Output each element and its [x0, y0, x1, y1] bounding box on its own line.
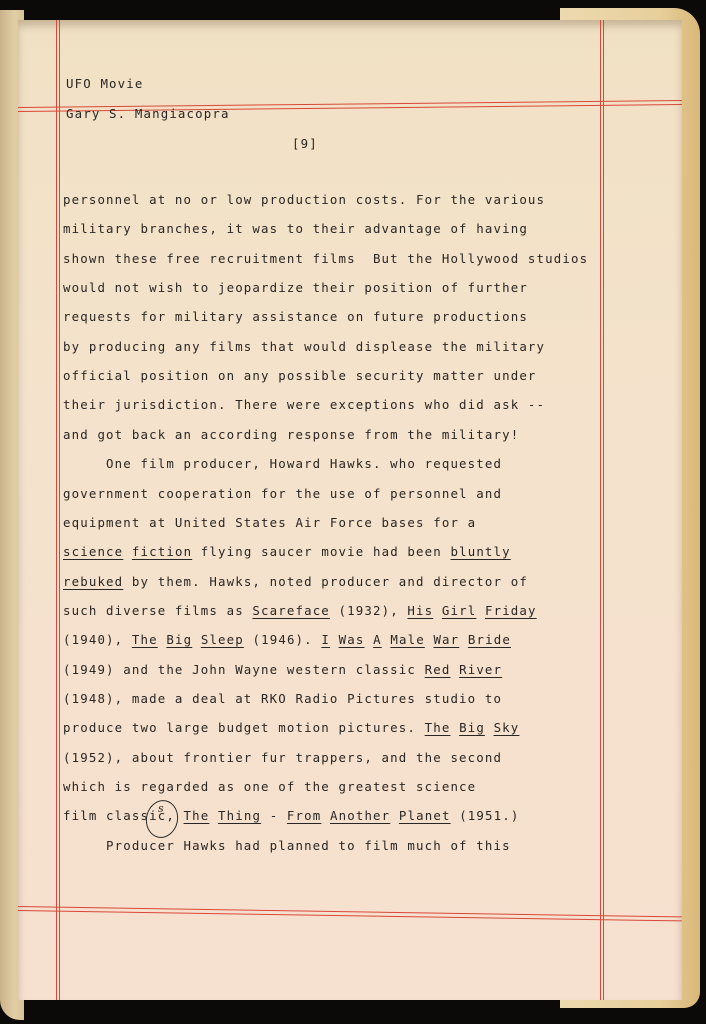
- underlined-title: Girl: [442, 603, 476, 618]
- text-run: requests for military assistance on futu…: [63, 309, 528, 324]
- underlined-title: science: [63, 544, 123, 559]
- body-line: requests for military assistance on futu…: [63, 310, 528, 324]
- underlined-title: A: [373, 632, 382, 647]
- text-run: [192, 632, 201, 647]
- body-line: (1949) and the John Wayne western classi…: [63, 663, 502, 677]
- text-run: -: [261, 808, 287, 823]
- text-run: [450, 720, 459, 735]
- body-line: One film producer, Howard Hawks. who req…: [63, 457, 502, 471]
- text-run: [433, 603, 442, 618]
- text-run: [459, 632, 468, 647]
- body-line: film classic, The Thing - From Another P…: [63, 809, 519, 823]
- text-run: produce two large budget motion pictures…: [63, 720, 425, 735]
- underlined-title: River: [459, 662, 502, 677]
- text-run: [321, 808, 330, 823]
- text-run: flying saucer movie had been: [192, 544, 450, 559]
- text-run: government cooperation for the use of pe…: [63, 486, 502, 501]
- body-line: would not wish to jeopardize their posit…: [63, 281, 528, 295]
- text-run: shown these free recruitment films But t…: [63, 251, 588, 266]
- underlined-title: fiction: [132, 544, 192, 559]
- underlined-title: Friday: [485, 603, 537, 618]
- text-run: military branches, it was to their advan…: [63, 221, 528, 236]
- text-run: (1951.): [451, 808, 520, 823]
- text-run: official position on any possible securi…: [63, 368, 537, 383]
- underlined-title: Scareface: [252, 603, 330, 618]
- text-run: their jurisdiction. There were exception…: [63, 397, 545, 412]
- body-line: (1940), The Big Sleep (1946). I Was A Ma…: [63, 633, 511, 647]
- text-run: Producer Hawks had planned to film much …: [63, 838, 511, 853]
- underlined-title: From: [287, 808, 321, 823]
- underlined-title: The: [132, 632, 158, 647]
- underlined-title: Red: [425, 662, 451, 677]
- text-run: personnel at no or low production costs.…: [63, 192, 545, 207]
- margin-rule-left-1: [56, 20, 57, 1000]
- text-run: [123, 544, 132, 559]
- text-run: [485, 720, 494, 735]
- text-run: (1949) and the John Wayne western classi…: [63, 662, 425, 677]
- body-line: such diverse films as Scareface (1932), …: [63, 604, 537, 618]
- body-line: military branches, it was to their advan…: [63, 222, 528, 236]
- text-run: and got back an according response from …: [63, 427, 519, 442]
- underlined-title: Big: [459, 720, 485, 735]
- underlined-title: His: [407, 603, 433, 618]
- underlined-title: Planet: [399, 808, 451, 823]
- text-run: (1952), about frontier fur trappers, and…: [63, 750, 502, 765]
- text-run: would not wish to jeopardize their posit…: [63, 280, 528, 295]
- underlined-title: Another: [330, 808, 390, 823]
- body-line: equipment at United States Air Force bas…: [63, 516, 476, 530]
- text-run: (1932),: [330, 603, 408, 618]
- body-line: official position on any possible securi…: [63, 369, 537, 383]
- body-line: their jurisdiction. There were exception…: [63, 398, 545, 412]
- underlined-title: Was: [339, 632, 365, 647]
- body-line: rebuked by them. Hawks, noted producer a…: [63, 575, 528, 589]
- text-run: (1940),: [63, 632, 132, 647]
- text-run: [364, 632, 373, 647]
- text-run: such diverse films as: [63, 603, 252, 618]
- page-number: [9]: [292, 137, 318, 151]
- underlined-title: Thing: [218, 808, 261, 823]
- underlined-title: The: [184, 808, 210, 823]
- body-line: produce two large budget motion pictures…: [63, 721, 519, 735]
- underlined-title: The: [425, 720, 451, 735]
- underlined-title: Sky: [494, 720, 520, 735]
- body-line: government cooperation for the use of pe…: [63, 487, 502, 501]
- body-line: Producer Hawks had planned to film much …: [63, 839, 511, 853]
- underlined-title: rebuked: [63, 574, 123, 589]
- handwritten-mark: s: [158, 802, 164, 815]
- margin-rule-right-2: [603, 20, 604, 1000]
- body-line: personnel at no or low production costs.…: [63, 193, 545, 207]
- text-run: (1946).: [244, 632, 322, 647]
- text-run: One film producer, Howard Hawks. who req…: [63, 456, 502, 471]
- margin-rule-right-1: [600, 20, 601, 1000]
- underlined-title: bluntly: [450, 544, 510, 559]
- text-run: [330, 632, 339, 647]
- underlined-title: War: [433, 632, 459, 647]
- body-line: which is regarded as one of the greatest…: [63, 780, 476, 794]
- body-line: shown these free recruitment films But t…: [63, 252, 588, 266]
- text-run: by producing any films that would disple…: [63, 339, 545, 354]
- text-run: [476, 603, 485, 618]
- document-title: UFO Movie: [66, 77, 144, 91]
- text-run: (1948), made a deal at RKO Radio Picture…: [63, 691, 502, 706]
- body-line: and got back an according response from …: [63, 428, 519, 442]
- underlined-title: I: [321, 632, 330, 647]
- text-run: equipment at United States Air Force bas…: [63, 515, 476, 530]
- underlined-title: Sleep: [201, 632, 244, 647]
- body-line: (1952), about frontier fur trappers, and…: [63, 751, 502, 765]
- body-line: by producing any films that would disple…: [63, 340, 545, 354]
- text-run: which is regarded as one of the greatest…: [63, 779, 476, 794]
- text-run: [209, 808, 218, 823]
- margin-rule-left-2: [59, 20, 60, 1000]
- underlined-title: Male: [390, 632, 424, 647]
- text-run: [450, 662, 459, 677]
- text-run: [390, 808, 399, 823]
- underlined-title: Bride: [468, 632, 511, 647]
- underlined-title: Big: [166, 632, 192, 647]
- text-run: by them. Hawks, noted producer and direc…: [123, 574, 528, 589]
- document-author: Gary S. Mangiacopra: [66, 107, 230, 121]
- body-line: (1948), made a deal at RKO Radio Picture…: [63, 692, 502, 706]
- body-line: science fiction flying saucer movie had …: [63, 545, 511, 559]
- document-page: [18, 20, 682, 1000]
